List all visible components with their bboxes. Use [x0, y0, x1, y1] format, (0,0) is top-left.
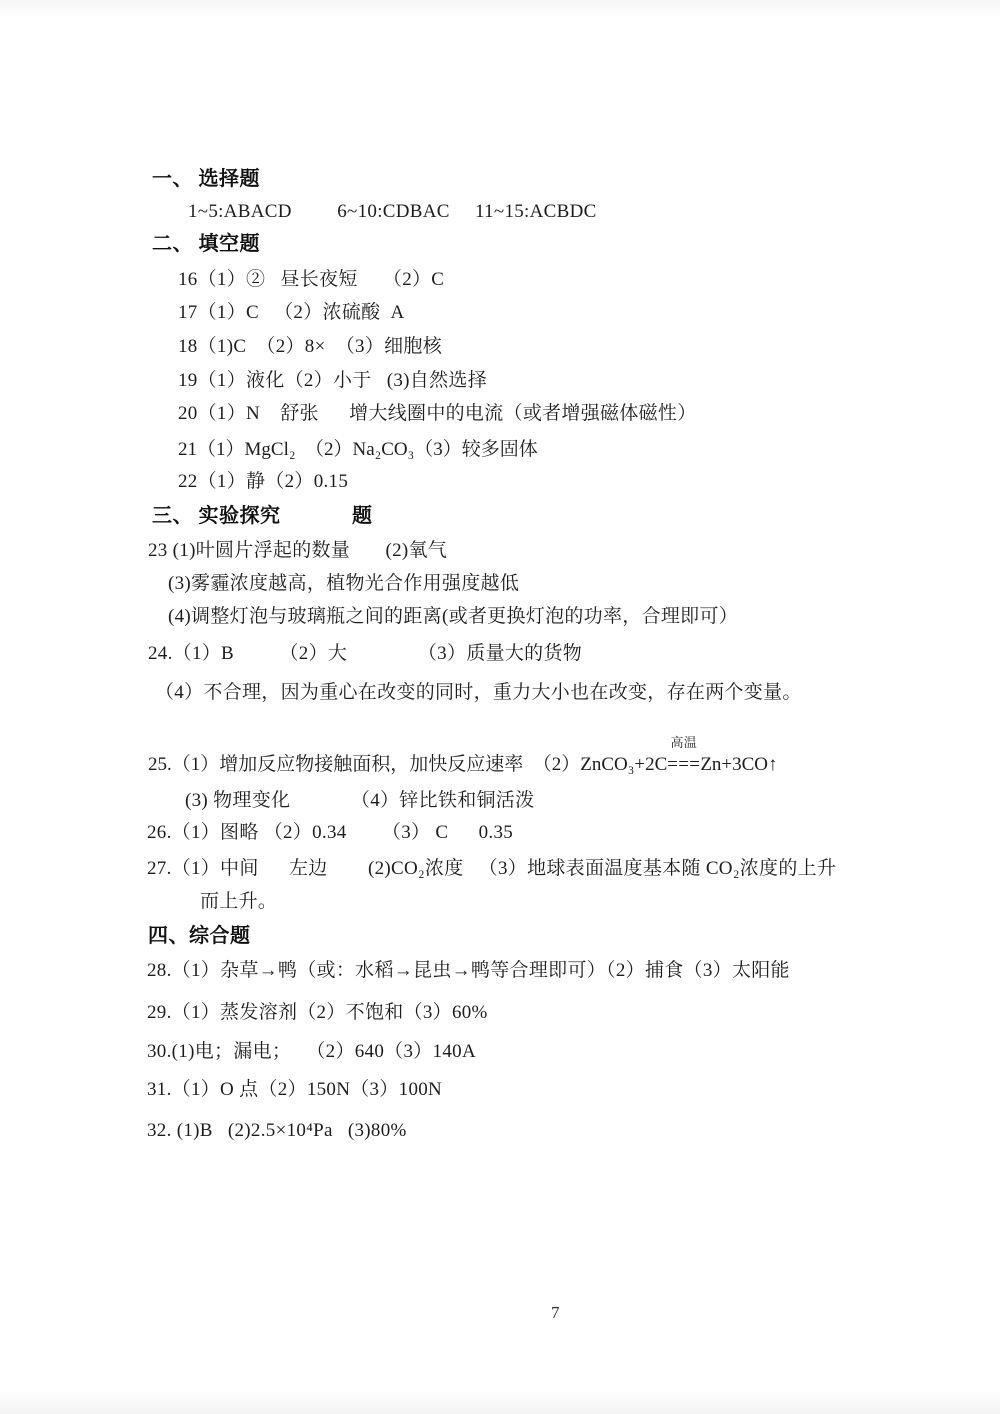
answer-q18: 18（1)C （2）8× （3）细胞核 [178, 334, 442, 360]
answer-q20: 20（1）N 舒张 增大线圈中的电流（或者增强磁体磁性） [178, 401, 697, 427]
answer-q19: 19（1）液化（2）小于 (3)自然选择 [178, 368, 487, 394]
section-heading-fill-blank: 二、 填空题 [152, 231, 260, 257]
answer-q25-line1: 25.（1）增加反应物接触面积，加快反应速率 （2）ZnCO₃+2C高温===Z… [148, 752, 778, 778]
answer-q23-line2: (3)雾霾浓度越高，植物光合作用强度越低 [168, 571, 519, 597]
answer-q32: 32. (1)B (2)2.5×10⁴Pa (3)80% [147, 1118, 407, 1144]
answer-q30: 30.(1)电；漏电； （2）640（3）140A [147, 1039, 476, 1065]
page-number: 7 [551, 1303, 560, 1323]
answer-q23-line1: 23 (1)叶圆片浮起的数量 (2)氧气 [148, 538, 447, 564]
answer-sheet-page: 一、 选择题 1~5:ABACD 6~10:CDBAC 11~15:ACBDC … [0, 0, 1000, 1414]
section-heading-experiment: 三、 实验探究 题 [152, 503, 373, 529]
q25-equation-right: Zn+3CO↑ [700, 754, 777, 775]
answer-q27-line1: 27.（1）中间 左边 (2)CO₂浓度 （3）地球表面温度基本随 CO₂浓度的… [147, 856, 836, 882]
answer-q26: 26.（1）图略 （2）0.34 （3） C 0.35 [147, 820, 513, 846]
answer-q28: 28.（1）杂草→鸭（或：水稻→昆虫→鸭等合理即可）（2）捕食（3）太阳能 [147, 958, 790, 984]
answer-q29: 29.（1）蒸发溶剂（2）不饱和（3）60% [147, 1000, 488, 1026]
section-heading-comprehensive: 四、综合题 [148, 923, 251, 949]
multiple-choice-answers: 1~5:ABACD 6~10:CDBAC 11~15:ACBDC [188, 199, 597, 225]
answer-q21: 21（1）MgCl₂ （2）Na₂CO₃（3）较多固体 [178, 437, 538, 463]
section-heading-multiple-choice: 一、 选择题 [152, 166, 260, 192]
answer-q27-line2: 而上升。 [200, 889, 277, 915]
answer-q22: 22（1）静（2）0.15 [178, 469, 348, 495]
answer-q25-line2: (3) 物理变化 （4）锌比铁和铜活泼 [185, 788, 534, 814]
answer-q16: 16（1）② 昼长夜短 （2）C [178, 267, 444, 293]
q25-equals-sign: === [667, 754, 700, 775]
q25-equation-left: 25.（1）增加反应物接触面积，加快反应速率 （2）ZnCO₃+2C [148, 754, 667, 775]
answer-q23-line3: (4)调整灯泡与玻璃瓶之间的距离(或者更换灯泡的功率，合理即可） [168, 604, 738, 630]
answer-q31: 31.（1）O 点（2）150N（3）100N [147, 1077, 442, 1103]
answer-q17: 17（1）C （2）浓硫酸 A [178, 300, 405, 326]
answer-q24-line2: （4）不合理，因为重心在改变的同时，重力大小也在改变，存在两个变量。 [155, 680, 802, 706]
answer-q24-line1: 24.（1）B （2）大 （3）质量大的货物 [148, 641, 582, 667]
q25-reaction-condition: 高温 [670, 736, 697, 749]
q25-reaction-condition-stack: 高温=== [667, 752, 700, 778]
